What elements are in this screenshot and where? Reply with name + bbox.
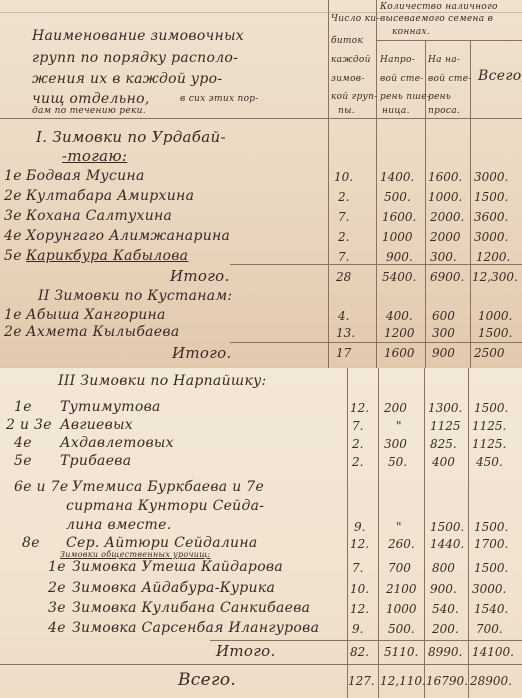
households-value: 127. [348,674,375,688]
row-number: 1е [4,307,22,323]
total-value: 1500. [474,561,508,575]
column-divider [347,368,348,698]
header-name-line: жения их в каждой уро- [32,71,222,87]
total-value: 12,300. [472,270,518,284]
millet-value: 1440. [430,537,464,551]
wheat-value: 500. [384,190,411,204]
households-value: 12. [350,401,369,415]
wheat-value: 300 [384,437,407,451]
millet-value: 600 [432,309,455,323]
subtotal-label: Итого. [172,344,232,362]
households-value: 10. [334,170,353,184]
row-number: 2 и 3е [6,417,52,433]
header-rule [0,118,522,119]
section-title: I. Зимовки по Урдабай- [36,128,226,146]
total-value: 2500 [474,346,505,360]
millet-value: 400 [432,455,455,469]
total-value: 3000. [474,170,508,184]
row-number: 1е [14,399,32,415]
wheat-value: 1600 [384,346,415,360]
page-edge-rule [0,12,522,13]
total-value: 3600. [474,210,508,224]
section-title: II Зимовки по Кустанам: [38,288,232,304]
subtotal-rule [210,640,522,641]
millet-value: 800 [432,561,455,575]
millet-value: 540. [432,602,459,616]
total-value: 1200. [476,250,510,264]
millet-value: 825. [430,437,457,451]
header-count: каждой [331,55,371,65]
total-value: 700. [476,622,503,636]
households-value: 10. [350,582,369,596]
header-millet: вой сте- [428,74,472,84]
households-value: 7. [338,250,349,264]
column-divider [328,0,329,368]
column-divider [468,368,469,698]
column-divider [376,0,377,368]
header-count: пы. [338,106,355,116]
millet-value: 16790. [426,674,468,688]
wheat-value: " [396,520,402,534]
header-wheat: рень пше- [380,92,430,102]
row-name: Зимовка Утеша Кайдарова [72,559,283,575]
total-value: 1700. [474,537,508,551]
wheat-value: 1000 [386,602,417,616]
millet-value: 1600. [428,170,462,184]
section-title-cont: -тогаю: [62,147,127,165]
subtotal-rule [230,264,522,265]
row-name: Кохана Салтухина [26,208,172,224]
wheat-value: 2100 [386,582,417,596]
total-value: 3000. [472,582,506,596]
header-rule [376,40,522,41]
row-name: Зимовка Сарсенбая Илангурова [72,620,319,636]
header-count: зимов- [331,74,365,84]
wheat-value: 1600. [382,210,416,224]
row-name: Абыша Хангорина [26,307,166,323]
row-name: Тутимутова [60,399,161,415]
row-number: 5е [4,248,22,264]
millet-value: 1500. [430,520,464,534]
wheat-value: 1000 [382,230,413,244]
households-value: 2. [338,230,349,244]
header-wheat: ница. [382,106,410,116]
millet-value: 300. [430,250,457,264]
row-name: Авгиевых [60,417,133,433]
header-sown: коннах. [392,27,430,37]
header-name-note: дам по течению реки. [32,106,146,116]
column-divider [470,40,471,368]
wheat-value: 500. [388,622,415,636]
millet-value: 900. [430,582,457,596]
wheat-value: 5110. [384,645,418,659]
row-number: 4е [4,228,22,244]
header-millet: проса. [428,106,460,116]
inserted-note: Зимовки общественных урочищ: [60,550,211,559]
wheat-value: 700 [388,561,411,575]
total-value: 1500. [478,326,512,340]
row-name: Ахдавлетовых [60,435,174,451]
households-value: 7. [338,210,349,224]
wheat-value: 5400. [382,270,416,284]
households-value: 2. [352,437,363,451]
row-name: Култабара Амирхина [26,188,194,204]
households-value: 7. [352,419,363,433]
subtotal-label: Итого. [216,642,276,660]
households-value: 28 [336,270,351,284]
row-name: Бодвая Мусина [26,168,145,184]
total-value: 1125. [472,437,506,451]
header-total: Всего, [478,68,522,84]
header-millet: На на- [428,55,460,65]
row-name: Зимовка Айдабура-Курика [72,580,275,596]
header-sown: Количество наличного [380,2,498,12]
millet-value: 1300. [428,401,462,415]
subtotal-label: Итого. [170,267,230,285]
millet-value: 2000 [430,230,461,244]
header-millet: рень [428,92,451,102]
wheat-value: 50. [388,455,407,469]
millet-value: 6900. [430,270,464,284]
row-name-line: Утемиса Буркбаева и 7е [72,479,264,495]
row-number: 5е [14,453,32,469]
households-value: 82. [350,645,369,659]
households-value: 2. [352,455,363,469]
section-title: III Зимовки по Нарпайшку: [58,373,267,389]
wheat-value: 900. [386,250,413,264]
millet-value: 300 [432,326,455,340]
row-name-line: сиртана Кунтори Сейда- [66,498,264,514]
households-value: 12. [350,602,369,616]
row-number: 3е [4,208,22,224]
millet-value: 1125 [430,419,461,433]
grand-total-label: Всего. [178,670,236,690]
total-value: 1125. [472,419,506,433]
header-wheat: Напро- [380,55,415,65]
wheat-value: 1400. [380,170,414,184]
row-number: 4е [14,435,32,451]
column-divider [378,368,379,698]
households-value: 7. [352,561,363,575]
column-divider [425,40,426,368]
households-value: 9. [352,622,363,636]
wheat-value: 12,110. [380,674,426,688]
wheat-value: 400. [386,309,413,323]
row-name: Трибаева [60,453,131,469]
total-value: 1540. [474,602,508,616]
millet-value: 900 [432,346,455,360]
total-value: 1500. [474,190,508,204]
households-value: 9. [354,520,365,534]
total-value: 1500. [474,401,508,415]
row-number: 2е [4,188,22,204]
row-number: 2е [48,580,66,596]
millet-value: 8990. [428,645,462,659]
header-count: Число ки- [331,14,380,24]
row-number: 1е [4,168,22,184]
header-name-note: в сих этих пор- [180,94,259,104]
row-name: Карикбура Кабылова [26,248,188,264]
wheat-value: 1200 [384,326,415,340]
header-name-line: чищ отдельно, [32,91,150,107]
row-number: 3е [48,600,66,616]
row-name: Сер. Айтюри Сейдалина [66,535,258,551]
households-value: 4. [338,309,349,323]
total-value: 1500. [474,520,508,534]
wheat-value: 200 [384,401,407,415]
row-number: 2е [4,324,22,340]
total-value: 28900. [470,674,512,688]
households-value: 2. [338,190,349,204]
row-number: 6е и 7е [14,479,68,495]
households-value: 12. [350,537,369,551]
row-name: Зимовка Кулибана Санкибаева [72,600,310,616]
header-sown: высеваемого семена в [380,14,493,24]
header-name-line: Наименование зимовочных [32,28,244,44]
header-wheat: вой сте- [380,74,424,84]
total-value: 1000. [478,309,512,323]
row-number: 8е [22,535,40,551]
column-divider [424,368,425,698]
total-value: 450. [476,455,503,469]
wheat-value: " [396,419,402,433]
households-value: 17 [336,346,351,360]
millet-value: 200. [432,622,459,636]
row-name-line: лина вместе. [66,517,171,533]
millet-value: 2000. [430,210,464,224]
row-number: 4е [48,620,66,636]
millet-value: 1000. [428,190,462,204]
total-rule [0,664,522,665]
households-value: 13. [336,326,355,340]
row-name: Ахмета Кылыбаева [26,324,180,340]
total-value: 3000. [474,230,508,244]
wheat-value: 260. [388,537,415,551]
header-count: кой груп- [331,92,378,102]
header-name-line: групп по порядку располо- [32,50,238,66]
row-name: Хорунгаго Алимжанарина [26,228,230,244]
header-count: биток [331,36,363,46]
total-value: 14100. [472,645,514,659]
subtotal-rule [230,342,522,343]
row-number: 1е [48,559,66,575]
